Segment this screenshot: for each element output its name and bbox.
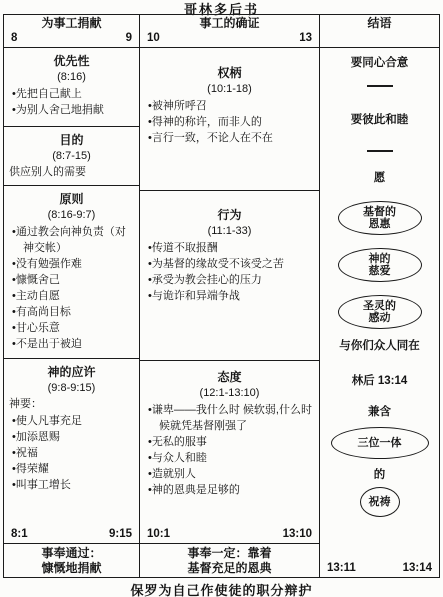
bullet-item: •先把自己献上 — [8, 86, 135, 102]
oval-trinity: 三位一体 — [331, 427, 429, 459]
bullet-list: •被神所呼召•得神的称许，而非人的•言行一致，不论人在不在 — [144, 98, 315, 146]
col2-summary-line2: 基督充足的恩典 — [140, 561, 319, 576]
section-purpose: 目的 (8:7-15) 供应别人的需要 — [3, 126, 140, 186]
section-title: 原则 — [8, 191, 135, 207]
section-ref: (8:7-15) — [8, 148, 135, 164]
bullet-item: •神的恩典是足够的 — [144, 482, 315, 498]
section-ref: (11:1-33) — [144, 223, 315, 239]
section-title: 态度 — [144, 369, 315, 385]
scanned-chart-page: 哥林多后书 为事工捐献 8 9 事工的确证 10 13 结语 优先性 (8:16… — [0, 0, 443, 597]
col2-summary-cell: 事奉一定：靠着 基督充足的恩典 — [139, 543, 320, 578]
section-ref: (12:1-13:10) — [144, 385, 315, 401]
verse-end: 13:10 — [283, 528, 312, 540]
section-attitude: 态度 (12:1-13:10) •谦卑——我什么时 候软弱,什么时候就凭基督刚强… — [139, 360, 320, 544]
col1-chapter-end: 9 — [126, 31, 132, 46]
verse-start: 13:11 — [327, 562, 356, 574]
section-title: 行为 — [144, 207, 315, 223]
section-priority: 优先性 (8:16) •先把自己献上•为别人舍己地捐献 — [3, 47, 140, 127]
bullet-item: •有高尚目标 — [8, 304, 135, 320]
bullet-item: •加添恩赐 — [8, 429, 135, 445]
oval-text-top: 圣灵的 — [363, 300, 396, 313]
bullet-item: •为别人舍己地捐献 — [8, 102, 135, 118]
col1-chapter-range: 8 9 — [4, 31, 139, 46]
verse-range: 8:1 9:15 — [11, 528, 132, 540]
conclusion-verse-ref: 林后 13:14 — [352, 373, 408, 389]
section-title: 优先性 — [8, 53, 135, 69]
bullet-item: •言行一致，不论人在不在 — [144, 130, 315, 146]
bottom-caption: 保罗为自己作使徒的职分辩护 — [0, 580, 443, 597]
conclusion-line-may: 愿 — [374, 170, 386, 186]
oval-text-top: 基督的 — [363, 206, 396, 219]
bullet-list: •使人凡事充足•加添恩赐•祝福•得荣耀•叫事工增长 — [8, 413, 135, 493]
bullet-item: •叫事工增长 — [8, 477, 135, 493]
bullet-item: •使人凡事充足 — [8, 413, 135, 429]
col2-header-title: 事工的确证 — [140, 16, 319, 31]
section-ref: (10:1-18) — [144, 81, 315, 97]
verse-start: 10:1 — [147, 528, 170, 540]
col1-chapter-start: 8 — [11, 31, 17, 46]
section-title: 目的 — [8, 132, 135, 148]
oval-text: 祝祷 — [369, 496, 391, 509]
dash-divider — [367, 85, 393, 87]
bullet-item: •与诡诈和异端争战 — [144, 288, 315, 304]
oval-text: 三位一体 — [358, 437, 402, 450]
section-conduct: 行为 (11:1-33) •传道不取报酬•为基督的缘故受不该受之苦•承受为教会挂… — [139, 190, 320, 361]
bullet-item: •造就别人 — [144, 466, 315, 482]
col1-summary-line2: 慷慨地捐献 — [4, 561, 139, 576]
col2-chapter-start: 10 — [147, 31, 160, 46]
col2-chapter-end: 13 — [299, 31, 312, 46]
section-ref: (8:16) — [8, 69, 135, 85]
col3-header-title: 结语 — [320, 16, 439, 31]
bullet-item: •传道不取报酬 — [144, 240, 315, 256]
section-authority: 权柄 (10:1-18) •被神所呼召•得神的称许，而非人的•言行一致，不论人在… — [139, 47, 320, 191]
section-principles: 原则 (8:16-9:7) •通过教会向神负责（对神交帐）•没有勉强作难•慷慨舍… — [3, 185, 140, 359]
circle-benediction: 祝祷 — [360, 487, 400, 517]
col2-chapter-range: 10 13 — [140, 31, 319, 46]
verse-end: 9:15 — [109, 528, 132, 540]
oval-moving-of-spirit: 圣灵的 感动 — [338, 295, 422, 329]
bullet-item: •被神所呼召 — [144, 98, 315, 114]
section-intro: 神要： — [8, 396, 135, 412]
conclusion-line-with-you-all: 与你们众人同在 — [339, 338, 420, 354]
col1-summary-line1: 事奉通过： — [4, 546, 139, 561]
bullet-list: •传道不取报酬•为基督的缘故受不该受之苦•承受为教会挂心的压力•与诡诈和异端争战 — [144, 240, 315, 304]
conclusion-line-of: 的 — [374, 467, 386, 483]
conclusion-line-contains: 兼含 — [368, 404, 391, 420]
oval-text-bottom: 慈爱 — [369, 265, 391, 278]
col2-header-cell: 事工的确证 10 13 — [139, 14, 320, 48]
conclusion-line-peace: 要彼此和睦 — [351, 112, 409, 128]
col3-header-cell: 结语 — [319, 14, 440, 48]
bullet-item: •没有勉强作难 — [8, 256, 135, 272]
bullet-item: •承受为教会挂心的压力 — [144, 272, 315, 288]
col1-header-cell: 为事工捐献 8 9 — [3, 14, 140, 48]
oval-text-bottom: 感动 — [369, 312, 391, 325]
verse-range: 13:11 13:14 — [327, 562, 432, 574]
dash-divider — [367, 150, 393, 152]
section-intro: 供应别人的需要 — [8, 164, 135, 180]
verse-start: 8:1 — [11, 528, 28, 540]
bullet-item: •主动自愿 — [8, 288, 135, 304]
bullet-list: •先把自己献上•为别人舍己地捐献 — [8, 86, 135, 118]
bullet-item: •慷慨舍己 — [8, 272, 135, 288]
section-ref: (9:8-9:15) — [8, 380, 135, 396]
oval-love-of-god: 神的 慈爱 — [338, 248, 422, 282]
verse-end: 13:14 — [403, 562, 432, 574]
bullet-item: •不是出于被迫 — [8, 336, 135, 352]
col1-header-title: 为事工捐献 — [4, 16, 139, 31]
bullet-item: •无私的服事 — [144, 434, 315, 450]
oval-text-bottom: 恩惠 — [369, 218, 391, 231]
bullet-item: •为基督的缘故受不该受之苦 — [144, 256, 315, 272]
bullet-item: •甘心乐意 — [8, 320, 135, 336]
conclusion-cell: 要同心合意 要彼此和睦 愿 基督的 恩惠 神的 慈爱 圣灵的 感动 与你们众人同… — [319, 47, 440, 578]
section-ref: (8:16-9:7) — [8, 207, 135, 223]
bullet-list: •通过教会向神负责（对神交帐）•没有勉强作难•慷慨舍己•主动自愿•有高尚目标•甘… — [8, 224, 135, 352]
verse-range: 10:1 13:10 — [147, 528, 312, 540]
col2-summary-line1: 事奉一定：靠着 — [140, 546, 319, 561]
section-title: 权柄 — [144, 65, 315, 81]
col1-summary-cell: 事奉通过： 慷慨地捐献 — [3, 543, 140, 578]
bullet-item: •谦卑——我什么时 候软弱,什么时候就凭基督刚强了 — [144, 402, 315, 434]
section-title: 神的应许 — [8, 364, 135, 380]
bullet-item: •祝福 — [8, 445, 135, 461]
bullet-item: •得神的称许，而非人的 — [144, 114, 315, 130]
bullet-item: •与众人和睦 — [144, 450, 315, 466]
conclusion-line-unity: 要同心合意 — [351, 55, 409, 71]
oval-text-top: 神的 — [369, 253, 391, 266]
bullet-item: •通过教会向神负责（对神交帐） — [8, 224, 135, 256]
oval-grace-of-christ: 基督的 恩惠 — [338, 201, 422, 235]
bullet-list: •谦卑——我什么时 候软弱,什么时候就凭基督刚强了•无私的服事•与众人和睦•造就… — [144, 402, 315, 498]
bullet-item: •得荣耀 — [8, 461, 135, 477]
section-gods-promise: 神的应许 (9:8-9:15) 神要： •使人凡事充足•加添恩赐•祝福•得荣耀•… — [3, 358, 140, 544]
